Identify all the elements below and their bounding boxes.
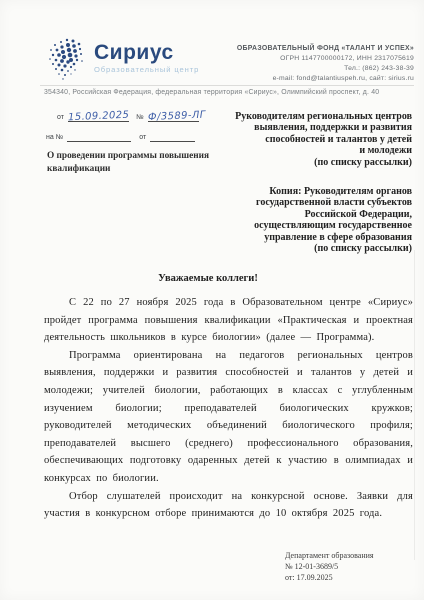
logo-subtitle: Образовательный центр bbox=[94, 65, 199, 74]
handwritten-date: 15.09.2025 bbox=[68, 110, 130, 124]
recipient-line: и молодежи bbox=[235, 145, 412, 156]
letterhead-divider bbox=[40, 85, 414, 86]
logo-title: Сириус bbox=[94, 42, 199, 64]
body-paragraph-2: Программа ориентирована на педагогов рег… bbox=[44, 347, 413, 488]
copy-line: управление в сфере образования bbox=[254, 232, 412, 243]
org-name: ОБРАЗОВАТЕЛЬНЫЙ ФОНД «ТАЛАНТ И УСПЕХ» bbox=[237, 44, 414, 54]
letter-page: Сириус Образовательный центр ОБРАЗОВАТЕЛ… bbox=[0, 0, 424, 600]
recipient-block: Руководителям региональных центров выявл… bbox=[235, 111, 412, 168]
outgoing-number-field: Ф/3589-ЛГ bbox=[148, 110, 199, 122]
copy-line: Российской Федерации, bbox=[254, 209, 412, 220]
incoming-reference-row: на № от bbox=[46, 125, 198, 142]
org-info-block: ОБРАЗОВАТЕЛЬНЫЙ ФОНД «ТАЛАНТ И УСПЕХ» ОГ… bbox=[237, 44, 414, 84]
copy-recipient-block: Копия: Руководителям органов государстве… bbox=[254, 186, 412, 254]
recipient-line: (по списку рассылки) bbox=[235, 157, 412, 168]
org-registration: ОГРН 1147700000172, ИНН 2317075619 bbox=[237, 54, 414, 64]
outgoing-reference-row: от 15.09.2025 № Ф/3589-ЛГ bbox=[46, 105, 198, 122]
reference-block: от 15.09.2025 № Ф/3589-ЛГ на № от bbox=[46, 105, 198, 142]
letter-subject: О проведении программы повышения квалифи… bbox=[47, 150, 209, 175]
scan-artifact-line bbox=[414, 250, 415, 560]
recipient-line: Руководителям региональных центров bbox=[235, 111, 412, 122]
letter-body: С 22 по 27 ноября 2025 года в Образовате… bbox=[44, 294, 413, 523]
stamp-number: № 12-01-3689/5 bbox=[285, 562, 374, 573]
body-paragraph-3: Отбор слушателей происходит на конкурсно… bbox=[44, 488, 413, 523]
handwritten-number: Ф/3589-ЛГ bbox=[148, 110, 199, 123]
copy-line: государственной власти субъектов bbox=[254, 197, 412, 208]
org-address: 354340, Российская Федерация, федеральна… bbox=[44, 89, 379, 96]
org-phone: Тел.: (862) 243-38-39 bbox=[237, 64, 414, 74]
incoming-date-field bbox=[150, 141, 195, 142]
ot2-label: от bbox=[139, 134, 146, 142]
stamp-date: от: 17.09.2025 bbox=[285, 573, 374, 584]
sirius-logo: Сириус Образовательный центр bbox=[46, 36, 199, 82]
copy-line: осуществляющим государственное bbox=[254, 220, 412, 231]
body-paragraph-1: С 22 по 27 ноября 2025 года в Образовате… bbox=[44, 294, 413, 347]
sirius-dots-logo-icon bbox=[46, 36, 88, 82]
stamp-department: Департамент образования bbox=[285, 551, 374, 562]
no-label: № bbox=[136, 114, 144, 122]
na-no-label: на № bbox=[46, 134, 63, 142]
copy-line: (по списку рассылки) bbox=[254, 243, 412, 254]
copy-line: Копия: Руководителям органов bbox=[254, 186, 412, 197]
registration-stamp: Департамент образования № 12-01-3689/5 о… bbox=[285, 551, 374, 583]
ot-label: от bbox=[57, 114, 64, 122]
incoming-number-field bbox=[67, 141, 131, 142]
salutation: Уважаемые коллеги! bbox=[0, 273, 416, 284]
recipient-line: способностей и талантов у детей bbox=[235, 134, 412, 145]
recipient-line: выявления, поддержки и развития bbox=[235, 122, 412, 133]
outgoing-date-field: 15.09.2025 bbox=[68, 110, 129, 122]
org-email-site: e-mail: fond@talantiuspeh.ru, сайт: siri… bbox=[237, 74, 414, 84]
